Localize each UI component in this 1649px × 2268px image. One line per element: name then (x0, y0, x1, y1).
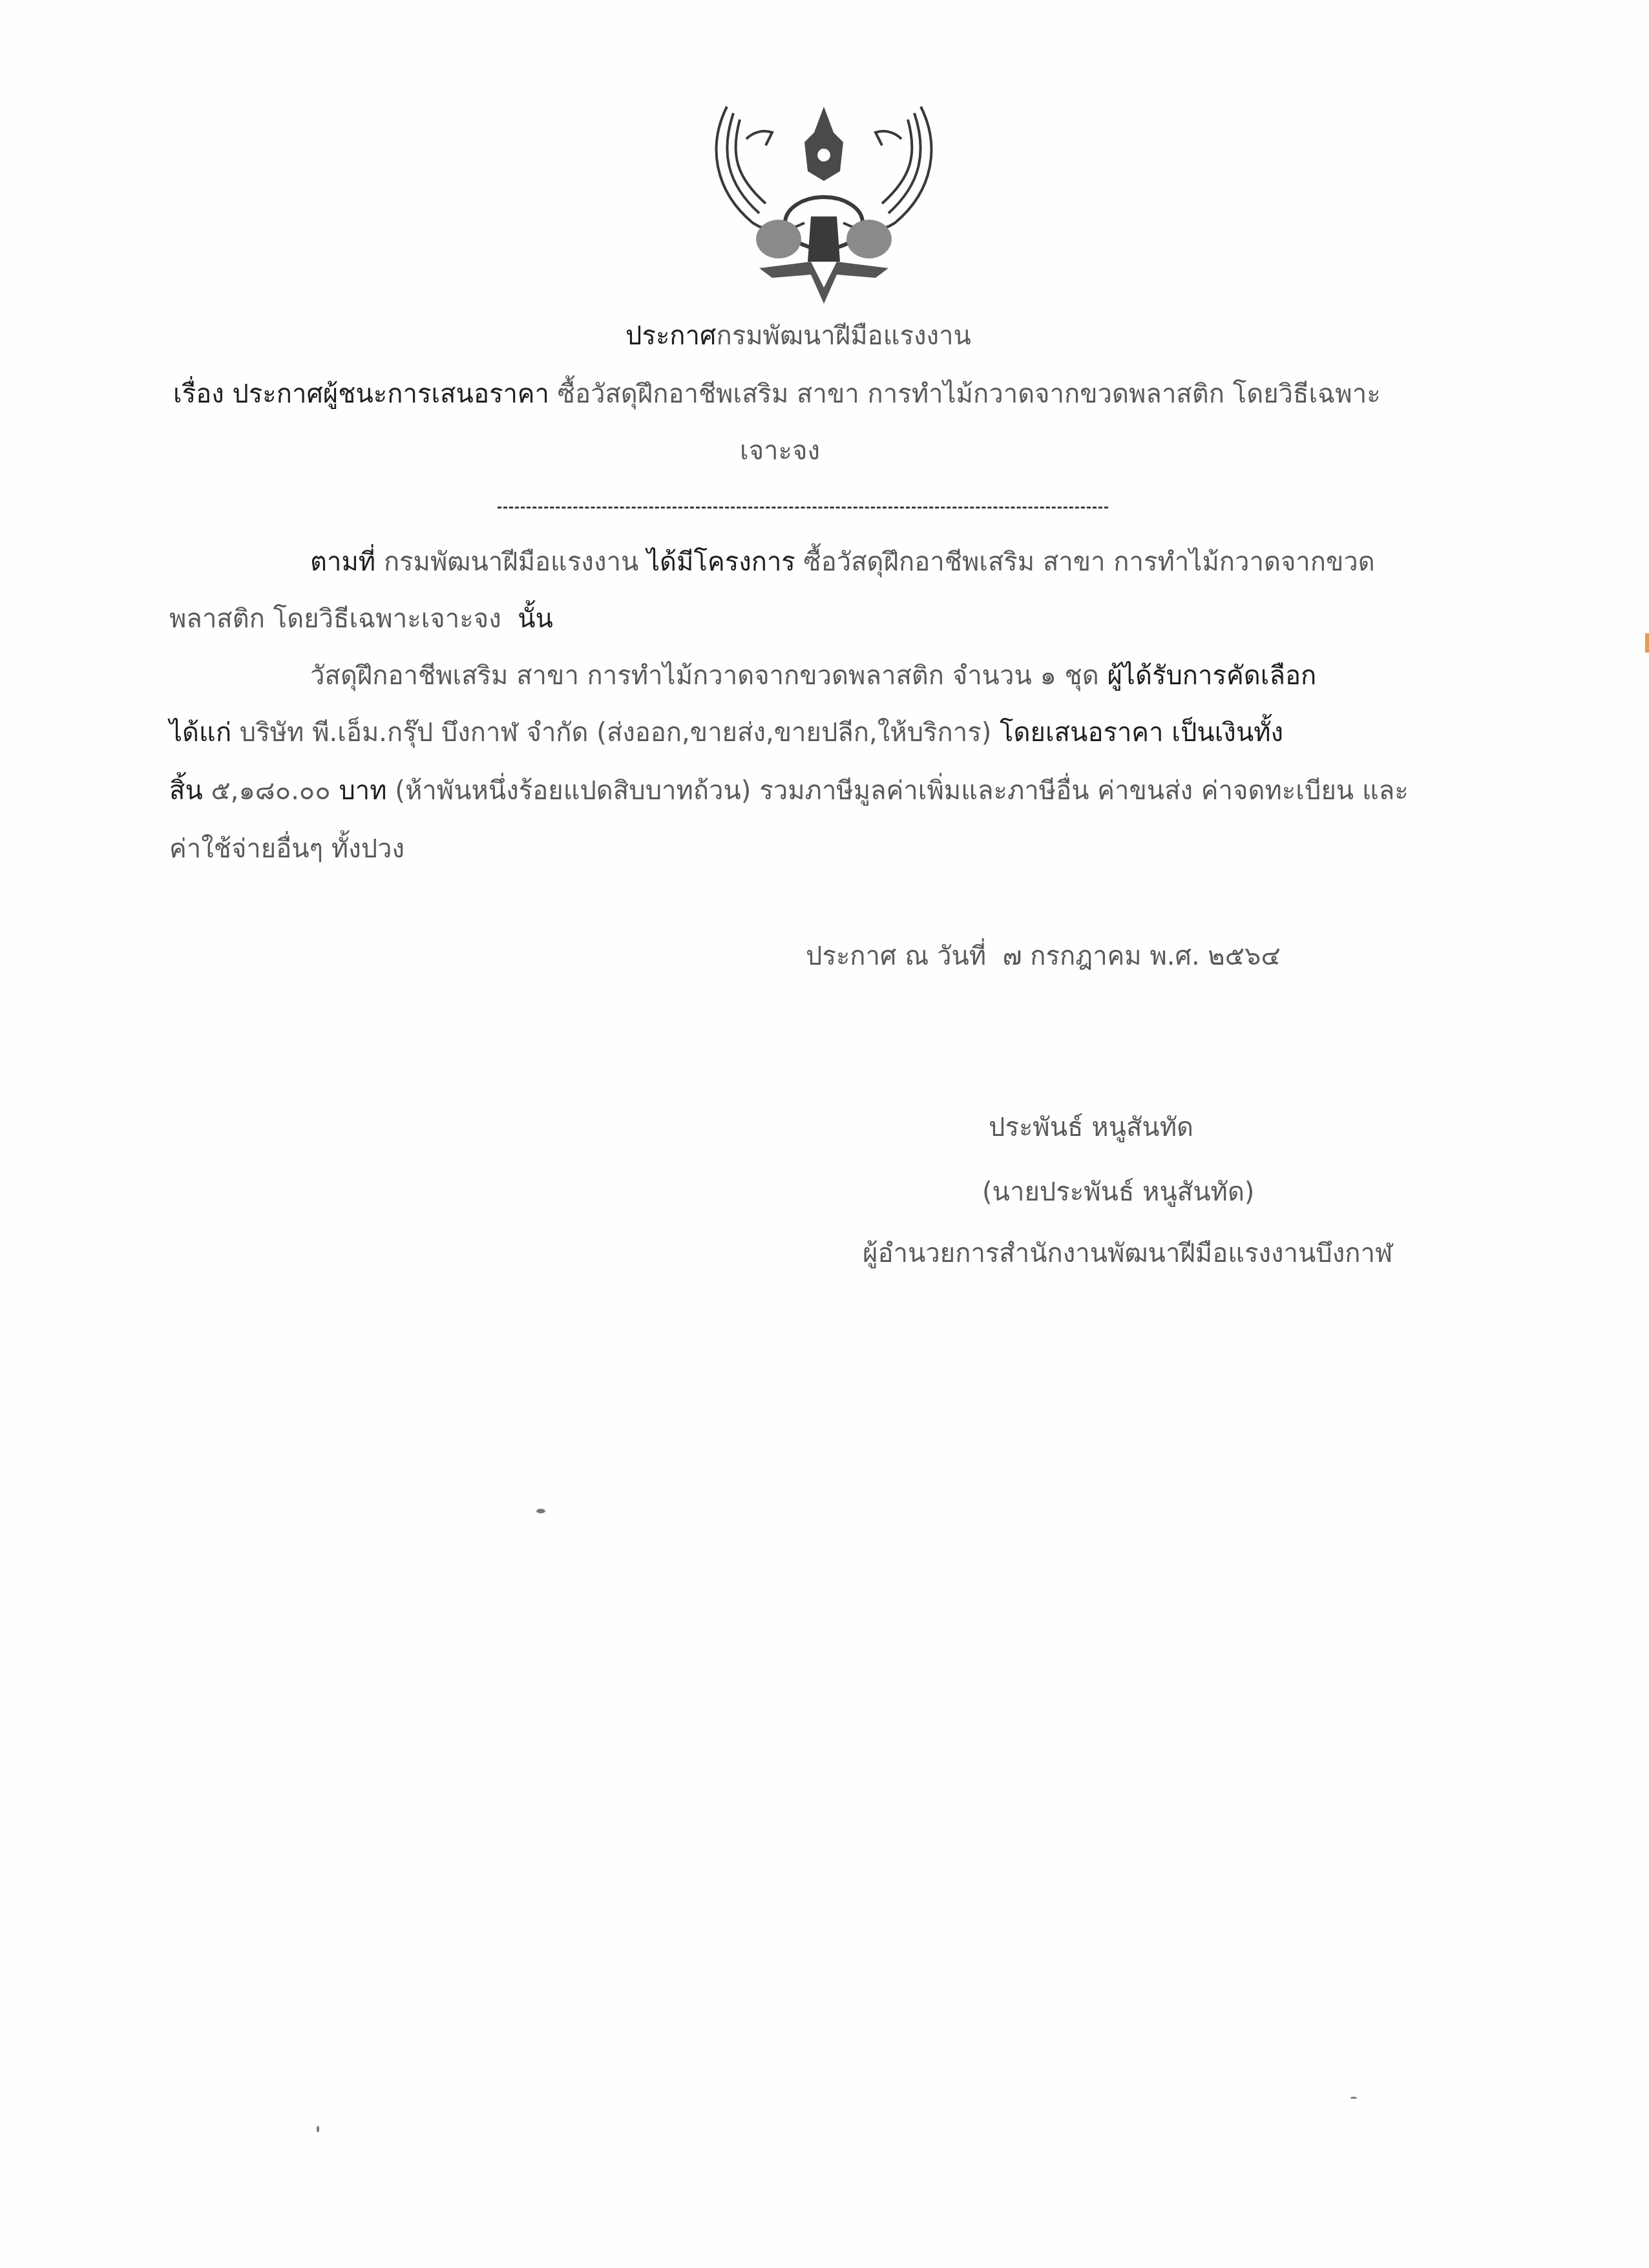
title-bold: ประกาศ (625, 321, 716, 351)
p2-item: วัสดุฝึกอาชีพเสริม สาขา การทำไม้กวาดจากข… (310, 661, 1099, 691)
subject-line: เรื่อง ประกาศผู้ชนะการเสนอราคา ซื้อวัสดุ… (173, 375, 1381, 414)
announcement-date: ประกาศ ณ วันที่ ๗ กรกฎาคม พ.ศ. ๒๕๖๔ (806, 937, 1281, 976)
scan-edge-mark (1645, 633, 1649, 653)
paragraph2-line1: วัสดุฝึกอาชีพเสริม สาขา การทำไม้กวาดจากข… (310, 656, 1316, 695)
p1-end: นั้น (518, 604, 553, 634)
subject-label: เรื่อง (173, 379, 224, 409)
signatory-full-name: (นายประพันธ์ หนูสันทัด) (982, 1173, 1254, 1212)
subject-rest: ซื้อวัสดุฝึกอาชีพเสริม สาขา การทำไม้กวาด… (558, 379, 1381, 409)
signatory-position: ผู้อำนวยการสำนักงานพัฒนาฝีมือแรงงานบึงกา… (863, 1234, 1392, 1273)
scan-speck (317, 2126, 319, 2132)
p1-lead: ตามที่ (310, 547, 375, 577)
p2-total-cont: สิ้น (169, 776, 203, 806)
subject-bold: ประกาศผู้ชนะการเสนอราคา (232, 379, 549, 409)
signature-name: ประพันธ์ หนูสันทัด (989, 1108, 1193, 1147)
p1-project: ซื้อวัสดุฝึกอาชีพเสริม สาขา การทำไม้กวาด… (804, 547, 1375, 577)
paragraph2-line4: ค่าใช้จ่ายอื่นๆ ทั้งปวง (169, 830, 404, 868)
announcement-title: ประกาศกรมพัฒนาฝีมือแรงงาน (625, 317, 971, 355)
paragraph2-line2: ได้แก่ บริษัท พี.เอ็ม.กรุ๊ป บึงกาฬ จำกัด… (169, 713, 1283, 752)
p2-amount: ๕,๑๘๐.๐๐ (211, 776, 330, 806)
p2-includes: รวมภาษีมูลค่าเพิ่มและภาษีอื่น ค่าขนส่ง ค… (759, 776, 1408, 806)
subject-continuation: เจาะจง (740, 432, 820, 470)
p2-offer: โดยเสนอราคา (1000, 718, 1164, 748)
document-page: ประกาศกรมพัฒนาฝีมือแรงงาน เรื่อง ประกาศผ… (0, 0, 1649, 2268)
title-agency: กรมพัฒนาฝีมือแรงงาน (716, 321, 971, 351)
paragraph2-line3: สิ้น ๕,๑๘๐.๐๐ บาท (ห้าพันหนึ่งร้อยแปดสิบ… (169, 772, 1409, 810)
garuda-emblem-icon (701, 94, 947, 307)
date-prefix: ประกาศ ณ วันที่ (806, 941, 986, 971)
p2-currency: บาท (339, 776, 386, 806)
p2-amount-words: (ห้าพันหนึ่งร้อยแปดสิบบาทถ้วน) (395, 776, 751, 806)
dashed-divider (498, 507, 1108, 509)
p1-agency: กรมพัฒนาฝีมือแรงงาน (384, 547, 638, 577)
date-value: ๗ กรกฎาคม พ.ศ. ๒๕๖๔ (1003, 941, 1281, 971)
p1-has-project: ได้มีโครงการ (647, 547, 795, 577)
p2-winner-prefix: ได้แก่ (169, 718, 231, 748)
paragraph1-line2: พลาสติก โดยวิธีเฉพาะเจาะจง นั้น (169, 600, 553, 638)
scan-speck (536, 1509, 545, 1513)
p1-project-cont: พลาสติก โดยวิธีเฉพาะเจาะจง (169, 604, 501, 634)
scan-speck (1350, 2097, 1357, 2099)
p2-winner: บริษัท พี.เอ็ม.กรุ๊ป บึงกาฬ จำกัด (ส่งออ… (240, 718, 992, 748)
p2-selected: ผู้ได้รับการคัดเลือก (1107, 661, 1316, 691)
paragraph1-line1: ตามที่ กรมพัฒนาฝีมือแรงงาน ได้มีโครงการ … (310, 543, 1375, 582)
p2-total: เป็นเงินทั้ง (1171, 718, 1283, 748)
